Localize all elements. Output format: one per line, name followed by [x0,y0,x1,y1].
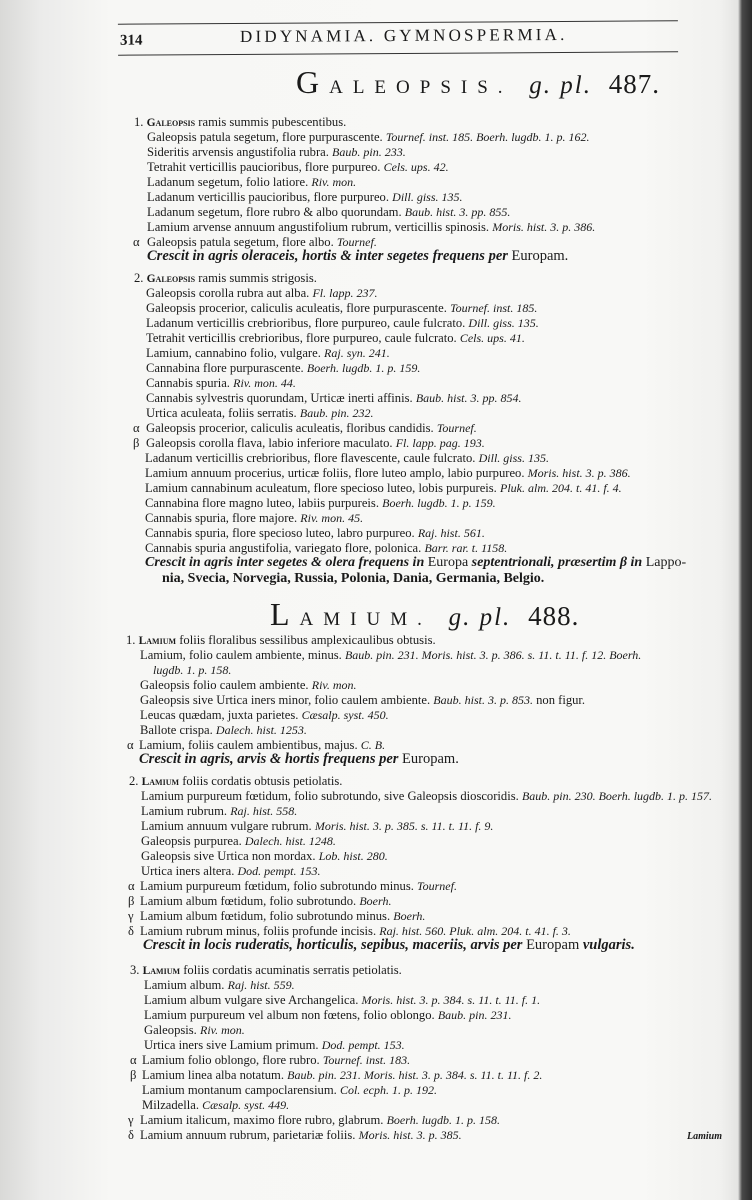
genus-title-number: 487. [609,69,660,99]
variety-synonym-line: Milzadella. Cæsalp. syst. 449. [142,1098,289,1112]
variety-line: Lamium italicum, maximo flore rubro, gla… [140,1113,500,1127]
synonym-line: Galeopsis patula segetum, flore purpuras… [147,130,590,144]
habitat-line: Crescit in agris inter segetes & olera f… [145,556,686,570]
genus-title-lamium: LAMIUM. g. pl. 488. [270,596,579,633]
variety-synonym-line: Cannabis spuria, flore majore. Riv. mon.… [145,511,363,525]
habitat-line: Crescit in agris oleraceis, hortis & int… [147,249,568,263]
variety-line: Lamium, foliis caulem ambientibus, majus… [139,738,385,752]
synonym-line: Urtica iners altera. Dod. pempt. 153. [141,864,321,878]
variety-line: Lamium rubrum minus, foliis profunde inc… [140,924,571,938]
variety-marker: β [133,436,139,451]
variety-marker: δ [128,924,134,939]
variety-line: Lamium album fœtidum, folio subrotundo. … [140,894,391,908]
variety-marker: β [128,894,134,909]
synonym-line: Galeopsis procerior, caliculis aculeatis… [146,301,537,315]
synonym-line: Lamium annuum vulgare rubrum. Moris. his… [141,819,493,833]
synonym-line: Cannabis sylvestris quorundam, Urticæ in… [146,391,521,405]
species-heading: 1. Galeopsis ramis summis pubescentibus. [134,115,346,130]
synonym-line: Lamium, cannabino folio, vulgare. Raj. s… [146,346,390,360]
synonym-line: Galeopsis purpurea. Dalech. hist. 1248. [141,834,336,848]
scanned-book-page: 314 DIDYNAMIA. GYMNOSPERMIA. GALEOPSIS. … [0,0,752,1200]
synonym-line: Galeopsis corolla rubra aut alba. Fl. la… [146,286,377,300]
variety-marker: α [128,879,135,894]
variety-marker: γ [128,1113,134,1128]
habitat-line: Crescit in locis ruderatis, horticulis, … [143,938,635,952]
synonym-line: Ladanum verticillis paucioribus, flore p… [147,190,463,204]
synonym-line: Galeopsis. Riv. mon. [144,1023,245,1037]
running-head: DIDYNAMIA. GYMNOSPERMIA. [240,25,568,47]
variety-line: Lamium album fœtidum, folio subrotundo m… [140,909,425,923]
variety-line: Lamium purpureum fœtidum, folio subrotun… [140,879,457,893]
species-heading: 1. Lamium foliis floralibus sessilibus a… [126,633,436,648]
species-heading: 3. Lamium foliis cordatis acuminatis ser… [130,963,402,978]
variety-line: Galeopsis corolla flava, labio inferiore… [146,436,485,450]
synonym-line: Sideritis arvensis angustifolia rubra. B… [147,145,406,159]
variety-marker: α [133,421,140,436]
variety-marker: δ [128,1128,134,1143]
genus-title-galeopsis: GALEOPSIS. g. pl. 487. [296,64,660,101]
synonym-line: Galeopsis sive Urtica non mordax. Lob. h… [141,849,388,863]
variety-marker: β [130,1068,136,1083]
variety-synonym-line: Cannabis spuria, flore specioso luteo, l… [145,526,485,540]
genus-title-rest: AMIUM. [300,609,432,630]
habitat-line: Crescit in agris, arvis & hortis frequen… [139,752,459,766]
variety-synonym-line: Cannabis spuria angustifolia, variegato … [145,541,507,555]
synonym-line: Ladanum verticillis crebrioribus, flore … [146,316,539,330]
synonym-line: Cannabina flore purpurascente. Boerh. lu… [146,361,420,375]
synonym-line: Tetrahit verticillis paucioribus, flore … [147,160,449,174]
synonym-line: Tetrahit verticillis crebrioribus, flore… [146,331,525,345]
variety-marker: γ [128,909,134,924]
variety-line: Galeopsis procerior, caliculis aculeatis… [146,421,477,435]
synonym-line: Ladanum segetum, flore rubro & albo quor… [147,205,510,219]
variety-synonym-line: Cannabina flore magno luteo, labiis purp… [145,496,496,510]
synonym-line: Lamium album vulgare sive Archangelica. … [144,993,540,1007]
genus-title-number: 488. [528,601,579,631]
genus-title-gpl: g. pl. [529,72,592,99]
synonym-line: Galeopsis sive Urtica iners minor, folio… [140,693,585,707]
synonym-line-continued: lugdb. 1. p. 158. [153,663,231,677]
species-heading: 2. Lamium foliis cordatis obtusis petiol… [129,774,342,789]
synonym-line: Galeopsis folio caulem ambiente. Riv. mo… [140,678,357,692]
genus-title-gpl: g. pl. [449,604,512,631]
genus-title-rest: ALEOPSIS. [329,77,512,98]
species-heading: 2. Galeopsis ramis summis strigosis. [134,271,317,286]
catchword: Lamium [687,1131,722,1142]
variety-synonym-line: Lamium montanum campoclarensium. Col. ec… [142,1083,437,1097]
page-number: 314 [120,33,143,50]
synonym-line: Lamium album. Raj. hist. 559. [144,978,295,992]
synonym-line: Lamium purpureum fœtidum, folio subrotun… [141,789,712,803]
variety-marker: α [130,1053,137,1068]
synonym-line: Ladanum segetum, folio latiore. Riv. mon… [147,175,356,189]
genus-title-initial: L [270,596,300,632]
variety-marker: α [133,235,140,250]
variety-line: Lamium annuum rubrum, parietariæ foliis.… [140,1128,462,1142]
variety-synonym-line: Lamium cannabinum aculeatum, flore speci… [145,481,622,495]
synonym-line: Ballote crispa. Dalech. hist. 1253. [140,723,307,737]
variety-line: Lamium linea alba notatum. Baub. pin. 23… [142,1068,542,1082]
synonym-line: Lamium purpureum vel album non fœtens, f… [144,1008,512,1022]
synonym-line: Leucas quædam, juxta parietes. Cæsalp. s… [140,708,389,722]
synonym-line: Urtica iners sive Lamium primum. Dod. pe… [144,1038,405,1052]
synonym-line: Lamium arvense annuum angustifolium rubr… [147,220,595,234]
synonym-line: Urtica aculeata, foliis serratis. Baub. … [146,406,374,420]
synonym-line: Lamium, folio caulem ambiente, minus. Ba… [140,648,641,662]
variety-line: Galeopsis patula segetum, flore albo. To… [147,235,377,249]
genus-title-initial: G [296,64,329,100]
synonym-line: Cannabis spuria. Riv. mon. 44. [146,376,296,390]
variety-line: Lamium folio oblongo, flore rubro. Tourn… [142,1053,410,1067]
variety-synonym-line: Lamium annuum procerius, urticæ foliis, … [145,466,631,480]
variety-marker: α [127,738,134,753]
variety-synonym-line: Ladanum verticillis crebrioribus, flore … [145,451,549,465]
synonym-line: Lamium rubrum. Raj. hist. 558. [141,804,297,818]
habitat-line-continued: nia, Svecia, Norvegia, Russia, Polonia, … [162,572,544,586]
page-header: 314 DIDYNAMIA. GYMNOSPERMIA. [118,20,678,55]
